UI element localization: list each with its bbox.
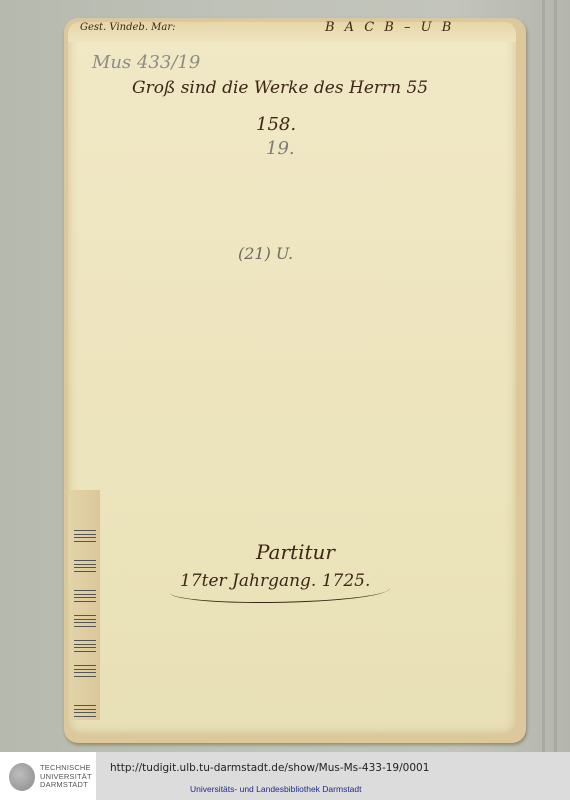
- shelfmark-pencil: Mus 433/19: [92, 52, 200, 73]
- cantata-title: Groß sind die Werke des Herrn 55: [132, 78, 428, 98]
- header-left-note: Gest. Vindeb. Mar:: [80, 22, 176, 33]
- library-name: Universitäts- und Landesbibliothek Darms…: [190, 784, 362, 794]
- pencil-number: 19.: [266, 138, 295, 159]
- logo-text: TECHNISCHE UNIVERSITÄT DARMSTADT: [40, 764, 92, 790]
- pencil-note: (21) U.: [238, 244, 293, 263]
- music-staff-fragment: [70, 490, 100, 720]
- permalink-url[interactable]: http://tudigit.ulb.tu-darmstadt.de/show/…: [110, 762, 429, 774]
- athena-head-icon: [9, 763, 35, 791]
- scanner-glass-edge: [542, 0, 545, 752]
- partitur-label: Partitur: [256, 540, 335, 564]
- header-right-note: B A C B – U B: [325, 20, 454, 35]
- scanner-glass-edge: [554, 0, 557, 752]
- footer-bar: TECHNISCHE UNIVERSITÄT DARMSTADT http://…: [0, 752, 570, 800]
- tu-darmstadt-logo: TECHNISCHE UNIVERSITÄT DARMSTADT: [0, 752, 96, 800]
- catalog-number: 158.: [256, 114, 296, 135]
